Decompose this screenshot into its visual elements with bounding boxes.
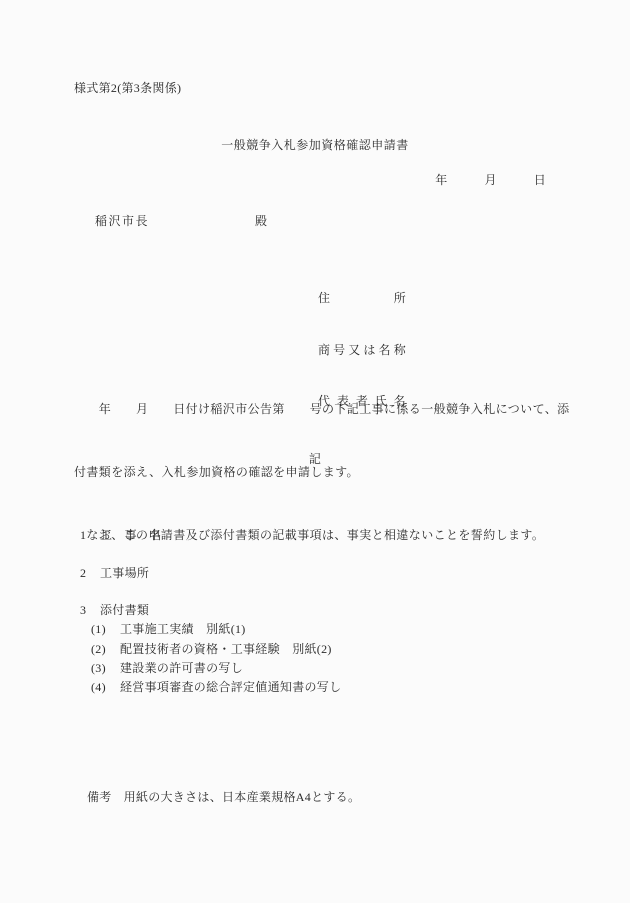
paragraph-line-1: 年 月 日付け稲沢市公告第 号の下記工事に係る一般競争入札について、添	[74, 399, 570, 420]
form-number: 様式第2(第3条関係)	[74, 79, 181, 96]
remarks-text: 用紙の大きさは、日本産業規格A4とする。	[124, 790, 361, 804]
remarks-label: 備考	[87, 790, 112, 804]
addressee-line: 稲沢市長殿	[95, 212, 267, 229]
list-item-construction-name: 1工 事 名	[80, 526, 162, 543]
addressee-name: 稲沢市長	[95, 214, 149, 228]
ki-marker: 記	[0, 450, 630, 467]
sub-item-number: (1)	[91, 622, 120, 637]
item-number: 3	[80, 603, 100, 618]
item-number: 2	[80, 566, 100, 581]
item-label: 工事場所	[100, 566, 149, 580]
applicant-address-label: 住所	[318, 288, 406, 310]
document-title: 一般競争入札参加資格確認申請書	[0, 136, 630, 153]
remarks-note: 備考用紙の大きさは、日本産業規格A4とする。	[87, 788, 360, 805]
sub-item-text: 建設業の許可書の写し	[120, 661, 243, 675]
sub-item-number: (2)	[91, 642, 120, 657]
sub-item-text: 配置技術者の資格・工事経験 別紙(2)	[120, 642, 332, 656]
body-paragraph: 年 月 日付け稲沢市公告第 号の下記工事に係る一般競争入札について、添 付書類を…	[74, 357, 570, 588]
date-line: 年 月 日	[0, 171, 630, 188]
item-label: 工 事 名	[100, 528, 162, 542]
attachment-item-3: (3)建設業の許可書の写し	[91, 659, 243, 676]
item-number: 1	[80, 528, 100, 543]
sub-item-text: 経営事項審査の総合評定値通知書の写し	[120, 680, 341, 694]
application-form-page: 様式第2(第3条関係) 一般競争入札参加資格確認申請書 年 月 日 稲沢市長殿 …	[0, 0, 630, 903]
attachment-item-2: (2)配置技術者の資格・工事経験 別紙(2)	[91, 640, 332, 657]
list-item-construction-site: 2工事場所	[80, 564, 149, 581]
sub-item-number: (3)	[91, 661, 120, 676]
attachment-item-1: (1)工事施工実績 別紙(1)	[91, 620, 246, 637]
attachment-item-4: (4)経営事項審査の総合評定値通知書の写し	[91, 678, 341, 695]
addressee-honorific: 殿	[255, 214, 267, 228]
list-item-attachments: 3添付書類	[80, 601, 149, 618]
sub-item-number: (4)	[91, 680, 120, 695]
sub-item-text: 工事施工実績 別紙(1)	[120, 622, 246, 636]
item-label: 添付書類	[100, 603, 149, 617]
